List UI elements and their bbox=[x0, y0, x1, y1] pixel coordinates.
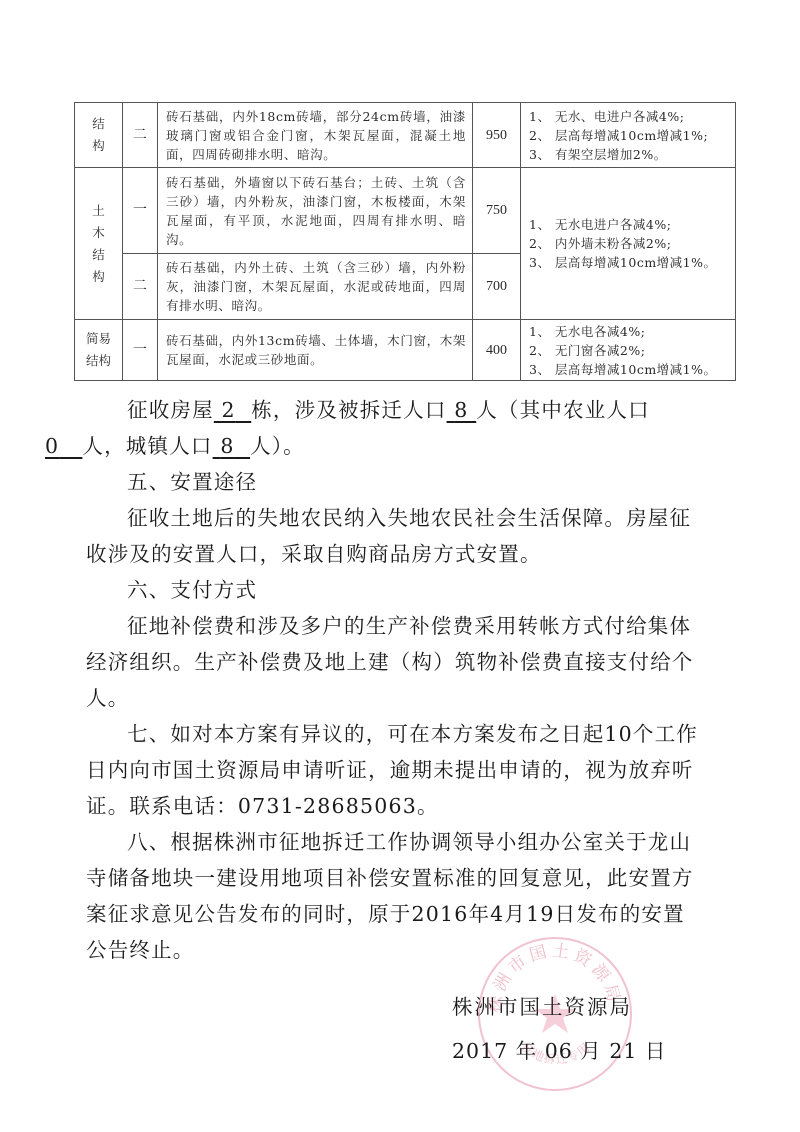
document-page: 结 构 二 砖石基础，内外18cm砖墙，部分24cm砖墙，油漆玻璃门窗或铝合金门… bbox=[0, 0, 800, 1132]
description-cell: 砖石基础，内外13cm砖墙、土体墙，木门窗，木架瓦屋面，水泥或三砂地面。 bbox=[158, 320, 473, 381]
adjustment-notes-cell: 1、 无水电各减4%; 2、 无门窗各减2%; 3、 层高每增减10cm增减1%… bbox=[521, 320, 736, 381]
description-cell: 砖石基础，内外土砖、土筑（含三砂）墙，内外粉灰，油漆门窗，木架瓦屋面，水泥或砖地… bbox=[158, 254, 473, 320]
note-line: 2、 内外墙未粉各减2%; bbox=[529, 234, 729, 253]
category-char: 结 bbox=[75, 244, 122, 266]
grade-cell: 二 bbox=[123, 103, 158, 168]
note-line: 3、 有架空层增加2%。 bbox=[529, 145, 729, 164]
summary-text: 栋，涉及被拆迁人口 bbox=[251, 398, 446, 422]
category-char: 结构 bbox=[75, 350, 122, 372]
category-char: 构 bbox=[75, 135, 122, 157]
grade-cell: 二 bbox=[123, 254, 158, 320]
note-line: 3、 层高每增减10cm增减1%。 bbox=[529, 253, 729, 272]
price-cell: 700 bbox=[473, 254, 521, 320]
summary-text: 征收房屋 bbox=[127, 398, 214, 422]
category-char: 木 bbox=[75, 222, 122, 244]
table-row: 土 木 结 构 一 砖石基础，外墙窗以下砖石基台；土砖、土筑（含三砂）墙，内外粉… bbox=[75, 168, 736, 254]
summary-text: 人（其中农业人口 bbox=[476, 398, 650, 422]
adjustment-notes-cell: 1、 无水电进户各减4%; 2、 内外墙未粉各减2%; 3、 层高每增减10cm… bbox=[521, 168, 736, 320]
section-7-body: 七、如对本方案有异议的，可在本方案发布之日起10个工作日内向市国土资源局申请听证… bbox=[86, 716, 706, 824]
note-line: 3、 层高每增减10cm增减1%。 bbox=[529, 360, 729, 379]
grade-cell: 一 bbox=[123, 320, 158, 381]
table-row: 结 构 二 砖石基础，内外18cm砖墙，部分24cm砖墙，油漆玻璃门窗或铝合金门… bbox=[75, 103, 736, 168]
summary-text: 人）。 bbox=[250, 434, 305, 458]
section-5-title: 五、安置途径 bbox=[86, 464, 706, 500]
section-6-title: 六、支付方式 bbox=[86, 572, 706, 608]
note-line: 1、 无水电各减4%; bbox=[529, 322, 729, 341]
relocation-summary: 征收房屋 2 栋，涉及被拆迁人口 8 人（其中农业人口0 人，城镇人口 8 人）… bbox=[86, 392, 706, 464]
issuing-organization: 株洲市国土资源局 bbox=[452, 990, 632, 1020]
category-char: 土 bbox=[75, 200, 122, 222]
price-cell: 750 bbox=[473, 168, 521, 254]
section-6-body: 征地补偿费和涉及多户的生产补偿费采用转帐方式付给集体经济组织。生产补偿费及地上建… bbox=[86, 608, 706, 716]
description-cell: 砖石基础，内外18cm砖墙，部分24cm砖墙，油漆玻璃门窗或铝合金门窗，木架瓦屋… bbox=[158, 103, 473, 168]
issue-date: 2017 年 06 月 21 日 bbox=[452, 1034, 666, 1064]
agricultural-population: 0 bbox=[45, 434, 82, 458]
category-char: 简易 bbox=[75, 328, 122, 350]
description-cell: 砖石基础，外墙窗以下砖石基台；土砖、土筑（含三砂）墙，内外粉灰，油漆门窗，木板楼… bbox=[158, 168, 473, 254]
price-cell: 950 bbox=[473, 103, 521, 168]
structure-category-cell: 结 构 bbox=[75, 103, 123, 168]
note-line: 1、 无水电进户各减4%; bbox=[529, 215, 729, 234]
category-char: 结 bbox=[75, 113, 122, 135]
summary-text: 人，城镇人口 bbox=[82, 434, 212, 458]
house-compensation-table: 结 构 二 砖石基础，内外18cm砖墙，部分24cm砖墙，油漆玻璃门窗或铝合金门… bbox=[74, 102, 736, 381]
house-count: 2 bbox=[214, 398, 251, 422]
grade-cell: 一 bbox=[123, 168, 158, 254]
urban-population: 8 bbox=[213, 434, 250, 458]
structure-category-cell: 简易 结构 bbox=[75, 320, 123, 381]
price-cell: 400 bbox=[473, 320, 521, 381]
adjustment-notes-cell: 1、 无水、电进户各减4%; 2、 层高每增减10cm增减1%; 3、 有架空层… bbox=[521, 103, 736, 168]
structure-category-cell: 土 木 结 构 bbox=[75, 168, 123, 320]
note-line: 1、 无水、电进户各减4%; bbox=[529, 107, 729, 126]
table-row: 简易 结构 一 砖石基础，内外13cm砖墙、土体墙，木门窗，木架瓦屋面，水泥或三… bbox=[75, 320, 736, 381]
note-line: 2、 无门窗各减2%; bbox=[529, 341, 729, 360]
population-count: 8 bbox=[447, 398, 477, 422]
category-char: 构 bbox=[75, 266, 122, 288]
section-5-body: 征收土地后的失地农民纳入失地农民社会生活保障。房屋征收涉及的安置人口，采取自购商… bbox=[86, 500, 706, 572]
note-line: 2、 层高每增减10cm增减1%; bbox=[529, 126, 729, 145]
